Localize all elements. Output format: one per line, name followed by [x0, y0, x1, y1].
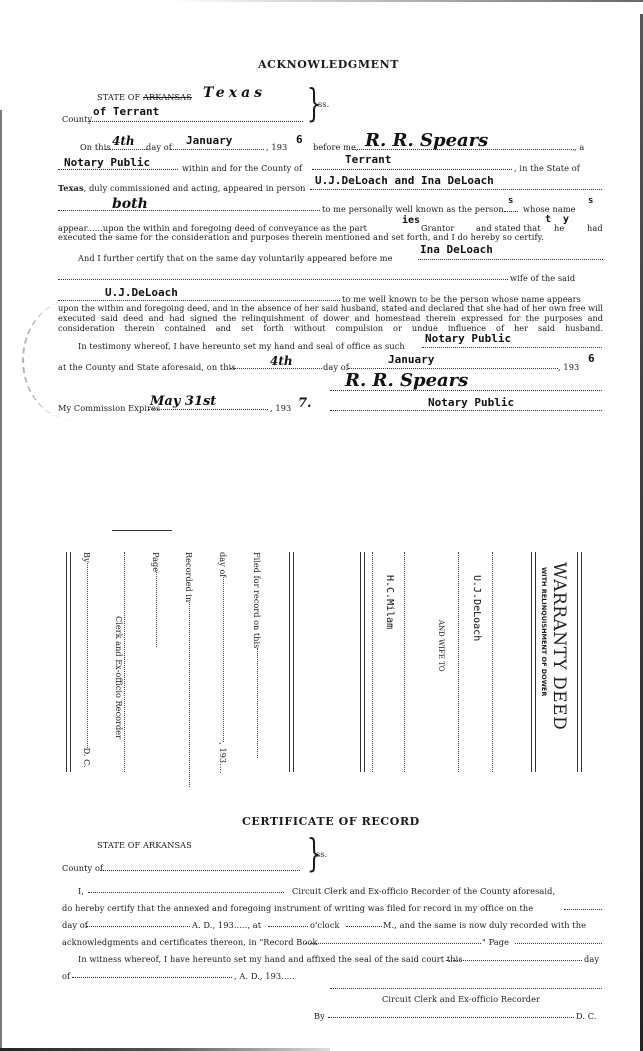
- cert-of-label: of: [62, 971, 70, 981]
- right-double-rule: [577, 552, 582, 772]
- deed-grantee: H.C.Milam: [384, 575, 395, 629]
- certificate-county-line: [100, 870, 300, 871]
- in-state-of-label: , in the State of: [514, 163, 580, 173]
- county-label: County: [62, 114, 92, 124]
- certificate-ss: ss.: [316, 849, 327, 859]
- state-struck-arkansas: ARKANSAS: [143, 92, 192, 102]
- commission-date-line: [148, 409, 268, 410]
- cert-line3-rest: M., and the same is now duly recorded wi…: [383, 920, 586, 930]
- and-wife-to: AND WIFE TO: [437, 620, 445, 672]
- month-line: [170, 149, 264, 150]
- record-book-line: [305, 943, 481, 944]
- on-this-label: On this: [80, 142, 111, 152]
- wife-of-label: wife of the said: [510, 273, 575, 283]
- scan-edge-top: [170, 0, 643, 2]
- acknowledgment-title: ACKNOWLEDGMENT: [258, 58, 399, 71]
- wife-name: Ina DeLoach: [420, 243, 493, 256]
- officer-title: Notary Public: [64, 156, 150, 169]
- testimony-title-line: [422, 347, 602, 348]
- title-double-rule: [531, 552, 536, 772]
- cert-of-line: [72, 977, 232, 978]
- state-label: STATE OF ARKANSAS: [97, 92, 192, 102]
- cert-dc-label: D. C.: [576, 1011, 597, 1021]
- month-value: January: [186, 134, 232, 147]
- within-county-label: within and for the County of: [182, 163, 302, 173]
- cert-day-of: day of: [62, 920, 88, 930]
- testimony-year-digit: 6: [588, 352, 595, 365]
- notary-signature: R. R. Spears: [345, 370, 468, 391]
- commission-year-digit: 7.: [298, 396, 312, 411]
- signature-title: Notary Public: [428, 396, 514, 409]
- cert-ad-2: , A. D., 193.....: [234, 971, 295, 981]
- clerk-label: Clerk and Ex-officio Recorder: [114, 616, 124, 739]
- scan-edge-left: [0, 110, 2, 1051]
- deed-grantor: U.J.DeLoach: [471, 575, 482, 641]
- a-label: , a: [574, 142, 584, 152]
- testimony-day-line: [230, 368, 322, 369]
- cert-m-line: [346, 926, 382, 927]
- grantee-rule-2: [372, 552, 373, 772]
- at-county-text: at the County and State aforesaid, on th…: [58, 362, 236, 372]
- person-suffix: s: [508, 196, 513, 206]
- cert-witness-day-line: [446, 960, 582, 961]
- certificate-title: CERTIFICATE OF RECORD: [242, 815, 420, 828]
- by-label: ByD. C.: [82, 552, 92, 768]
- year-digit: 6: [296, 133, 303, 146]
- before-me-label: before me,: [313, 142, 359, 152]
- county2-line: [312, 169, 512, 170]
- grantors-names: U.J.DeLoach and Ina DeLoach: [315, 174, 494, 187]
- cert-page-label: " Page: [482, 937, 509, 947]
- cert-page-line: [515, 943, 602, 944]
- grantee-rule-1: [404, 552, 405, 772]
- husband-name: U.J.DeLoach: [105, 286, 178, 299]
- cert-i-label: I,: [78, 886, 84, 896]
- commission-date: May 31st: [150, 394, 216, 409]
- cert-line1: Circuit Clerk and Ex-officio Recorder of…: [292, 886, 555, 896]
- testimony-text: In testimony whereof, I have hereunto se…: [78, 341, 405, 351]
- parties-suffix: ies: [402, 215, 420, 226]
- commission-year-label: , 193: [270, 403, 291, 413]
- county-line: [88, 121, 303, 122]
- page-label: Page: [151, 552, 161, 647]
- clerk-name-line: [88, 892, 284, 893]
- cert-witness-text: In witness whereof, I have hereunto set …: [78, 954, 463, 964]
- clerk-rule: [124, 552, 125, 772]
- filed-label: Filed for record on this: [252, 552, 262, 758]
- they-t: t: [545, 214, 551, 225]
- separator-line: [112, 530, 172, 531]
- testimony-month-line: [348, 368, 558, 369]
- cert-by-label: By: [314, 1011, 325, 1021]
- cert-line4: acknowledgments and certificates thereon…: [62, 937, 318, 947]
- day-of-label: day of: [146, 142, 172, 152]
- deed-subtitle: WITH RELINQUISHMENT OF DOWER: [540, 567, 548, 696]
- personally-known-text: to me personally well known as the perso…: [322, 204, 518, 214]
- signature-title-line: [330, 410, 602, 411]
- mid-double-rule: [289, 552, 294, 772]
- testimony-title: Notary Public: [425, 332, 511, 345]
- cert-day-line: [86, 926, 190, 927]
- day-line: [105, 149, 147, 150]
- cert-signature-title: Circuit Clerk and Ex-officio Recorder: [382, 994, 540, 1004]
- cert-time-line: [268, 926, 308, 927]
- day-of-label: day of, 193....: [218, 552, 228, 774]
- county-value: of Terrant: [93, 105, 159, 118]
- whose-name-label: whose name: [523, 204, 576, 214]
- commission-expires-label: My Commission Expires: [58, 403, 160, 413]
- both-line: [58, 210, 320, 211]
- they-y: y: [563, 214, 569, 225]
- relinquishment-paragraph: upon the within and foregoing deed, and …: [58, 303, 603, 333]
- wife-line: [418, 259, 603, 260]
- title-line: [58, 169, 178, 170]
- day-value: 4th: [112, 134, 135, 148]
- grantors-line: [310, 189, 602, 190]
- cert-line2: do hereby certify that the annexed and f…: [62, 903, 533, 913]
- wife-rule: [458, 552, 459, 772]
- further-certify-text: And I further certify that on the same d…: [78, 253, 393, 263]
- cert-day-word: day: [584, 954, 599, 964]
- deed-title: WARRANTY DEED: [549, 562, 569, 730]
- cert-oclock: o'clock: [310, 920, 340, 930]
- officer-signature: R. R. Spears: [365, 130, 488, 151]
- grantor-rule: [492, 552, 493, 772]
- ss-label: ss.: [318, 99, 329, 109]
- left-double-rule: [66, 552, 71, 772]
- cert-signature-line: [330, 988, 602, 989]
- recorded-in-label: Recorded in: [184, 552, 194, 787]
- cert-ad: A. D., 193....., at: [192, 920, 261, 930]
- both-handwritten: both: [112, 196, 148, 212]
- testimony-month: January: [388, 353, 434, 366]
- wife-line-2: [58, 279, 508, 280]
- state-handwritten: Texas: [203, 85, 266, 101]
- certificate-state: STATE OF ARKANSAS: [97, 840, 192, 850]
- mid-double-rule-2: [360, 552, 365, 772]
- testimony-day: 4th: [270, 354, 293, 368]
- name-suffix: s: [588, 196, 593, 206]
- had-label: had: [587, 223, 603, 233]
- year-label: , 193: [266, 142, 287, 152]
- husband-line: [58, 300, 340, 301]
- cert-by-line: [328, 1017, 574, 1018]
- state-name-line: Texas, duly commissioned and acting, app…: [58, 183, 306, 193]
- executed-line: executed the same for the consideration …: [58, 232, 544, 242]
- county-name: Terrant: [345, 153, 391, 166]
- testimony-year-label: , 193: [558, 362, 579, 372]
- certificate-county-label: County of: [62, 863, 103, 873]
- cert-line2-blank: [564, 909, 602, 910]
